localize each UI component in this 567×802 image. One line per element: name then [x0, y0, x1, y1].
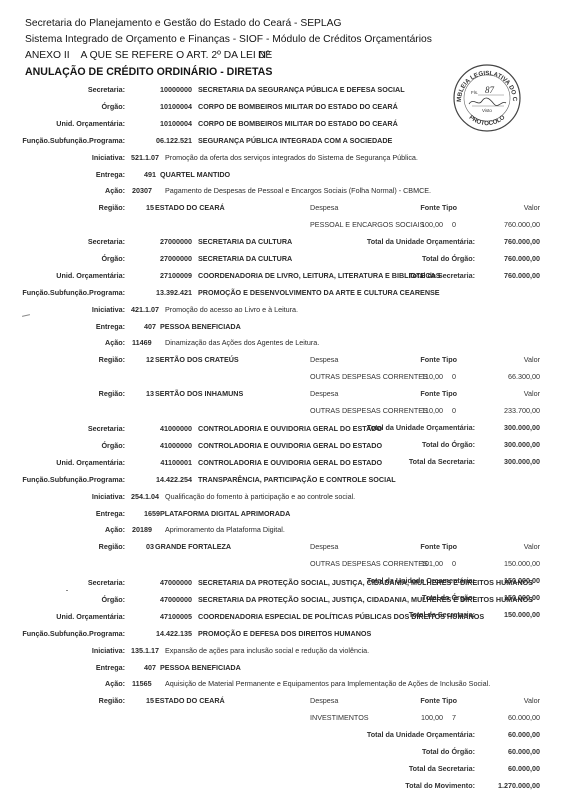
acao-label: Ação:: [105, 338, 125, 347]
iniciativa-row: Iniciativa:254.1.04Qualificação do fomen…: [0, 492, 567, 506]
total-orgao-value: 60.000,00: [508, 747, 540, 756]
despesa-header: Despesa: [310, 542, 338, 551]
orgao-row: Órgão:10100004CORPO DE BOMBEIROS MILITAR…: [0, 102, 567, 116]
orgao-code: 41000000: [160, 441, 192, 450]
secretaria-code: 47000000: [160, 578, 192, 587]
secretaria-name: SECRETARIA DA PROTEÇÃO SOCIAL, JUSTIÇA, …: [198, 578, 533, 587]
iniciativa-code: 421.1.07: [131, 305, 159, 314]
funcao-subfuncao-programa-name: TRANSPARÊNCIA, PARTICIPAÇÃO E CONTROLE S…: [198, 475, 396, 484]
iniciativa-label: Iniciativa:: [92, 646, 125, 655]
iniciativa-code: 254.1.04: [131, 492, 159, 501]
total-orgao-row: Total do Órgão:60.000,00: [0, 747, 567, 761]
total-movimento-row: Total do Movimento:1.270.000,00: [0, 781, 567, 795]
unidade-orcamentaria-row: Unid. Orçamentária:47100005COORDENADORIA…: [0, 612, 567, 626]
fonte-tipo-header: Fonte Tipo: [420, 389, 457, 398]
fonte-value: 110,00: [422, 406, 443, 415]
orgao-label: Órgão:: [101, 595, 125, 604]
regiao-label: Região:: [99, 355, 125, 364]
iniciativa-name: Qualificação do fomento à participação e…: [165, 492, 355, 501]
entrega-name: QUARTEL MANTIDO: [160, 170, 230, 179]
total-secretaria-value: 60.000,00: [508, 764, 540, 773]
entrega-code: 407: [144, 663, 156, 672]
despesa-row: OUTRAS DESPESAS CORRENTES110,00066.300,0…: [0, 372, 567, 386]
orgao-label: Órgão:: [101, 254, 125, 263]
entrega-row: Entrega:407PESSOA BENEFICIADA: [0, 322, 567, 336]
iniciativa-row: Iniciativa:135.1.17Expansão de ações par…: [0, 646, 567, 660]
regiao-label: Região:: [99, 696, 125, 705]
iniciativa-label: Iniciativa:: [92, 492, 125, 501]
secretaria-label: Secretaria:: [88, 85, 125, 94]
funcao-subfuncao-programa-name: SEGURANÇA PÚBLICA INTEGRADA COM A SOCIED…: [198, 136, 392, 145]
acao-code: 20307: [132, 186, 152, 195]
regiao-code: 12: [146, 355, 154, 364]
regiao-row: Região:13SERTÃO DOS INHAMUNSDespesaFonte…: [0, 389, 567, 403]
total-secretaria-row: Total da Secretaria:60.000,00: [0, 764, 567, 778]
unidade-orcamentaria-label: Unid. Orçamentária:: [56, 612, 125, 621]
regiao-code: 13: [146, 389, 154, 398]
iniciativa-name: Promoção da oferta dos serviços integrad…: [165, 153, 418, 162]
unidade-orcamentaria-name: CONTROLADORIA E OUVIDORIA GERAL DO ESTAD…: [198, 458, 382, 467]
entrega-label: Entrega:: [96, 170, 125, 179]
total-unidade-row: Total da Unidade Orçamentária:60.000,00: [0, 730, 567, 744]
unidade-orcamentaria-code: 41100001: [160, 458, 192, 467]
iniciativa-code: 135.1.17: [131, 646, 159, 655]
total-movimento-label: Total do Movimento:: [405, 781, 475, 790]
unidade-orcamentaria-name: CORPO DE BOMBEIROS MILITAR DO ESTADO DO …: [198, 119, 398, 128]
valor-header: Valor: [524, 696, 540, 705]
entrega-row: Entrega:491QUARTEL MANTIDO: [0, 170, 567, 184]
regiao-row: Região:12SERTÃO DOS CRATEÚSDespesaFonte …: [0, 355, 567, 369]
entrega-code: 491: [144, 170, 156, 179]
secretaria-row: Secretaria:27000000SECRETARIA DA CULTURA: [0, 237, 567, 251]
secretaria-label: Secretaria:: [88, 237, 125, 246]
funcao-subfuncao-programa-label: Função.Subfunção.Programa:: [22, 136, 125, 145]
acao-code: 11565: [132, 679, 152, 688]
fonte-tipo-header: Fonte Tipo: [420, 355, 457, 364]
acao-label: Ação:: [105, 525, 125, 534]
regiao-row: Região:03GRANDE FORTALEZADespesaFonte Ti…: [0, 542, 567, 556]
acao-code: 20189: [132, 525, 152, 534]
funcao-subfuncao-programa-code: 14.422.254: [156, 475, 192, 484]
orgao-row: Órgão:41000000CONTROLADORIA E OUVIDORIA …: [0, 441, 567, 455]
secretaria-row: Secretaria:41000000CONTROLADORIA E OUVID…: [0, 424, 567, 438]
tipo-value: 0: [452, 406, 456, 415]
fonte-value: 100,00: [421, 220, 443, 229]
entrega-code: 407: [144, 322, 156, 331]
tipo-value: 0: [452, 220, 456, 229]
regiao-name: SERTÃO DOS INHAMUNS: [155, 389, 243, 398]
iniciativa-code: 521.1.07: [131, 153, 159, 162]
total-secretaria-label: Total da Secretaria:: [409, 764, 475, 773]
regiao-row: Região:15ESTADO DO CEARÁDespesaFonte Tip…: [0, 696, 567, 710]
funcao-subfuncao-programa-row: Função.Subfunção.Programa:14.422.135PROM…: [0, 629, 567, 643]
funcao-subfuncao-programa-code: 14.422.135: [156, 629, 192, 638]
despesa-header: Despesa: [310, 696, 338, 705]
acao-code: 11469: [132, 338, 152, 347]
unidade-orcamentaria-code: 27100009: [160, 271, 192, 280]
valor-amount: 60.000,00: [508, 713, 540, 722]
funcao-subfuncao-programa-code: 13.392.421: [156, 288, 192, 297]
funcao-subfuncao-programa-row: Função.Subfunção.Programa:14.422.254TRAN…: [0, 475, 567, 489]
secretaria-code: 27000000: [160, 237, 192, 246]
despesa-name: PESSOAL E ENCARGOS SOCIAIS: [310, 220, 424, 229]
secretaria-row: Secretaria:10000000SECRETARIA DA SEGURAN…: [0, 85, 567, 99]
unidade-orcamentaria-label: Unid. Orçamentária:: [56, 119, 125, 128]
orgao-name: SECRETARIA DA PROTEÇÃO SOCIAL, JUSTIÇA, …: [198, 595, 533, 604]
regiao-code: 03: [146, 542, 154, 551]
iniciativa-label: Iniciativa:: [92, 305, 125, 314]
valor-amount: 233.700,00: [504, 406, 540, 415]
entrega-label: Entrega:: [96, 509, 125, 518]
entrega-name: PLATAFORMA DIGITAL APRIMORADA: [160, 509, 290, 518]
funcao-subfuncao-programa-label: Função.Subfunção.Programa:: [22, 475, 125, 484]
orgao-name: CONTROLADORIA E OUVIDORIA GERAL DO ESTAD…: [198, 441, 382, 450]
valor-amount: 760.000,00: [504, 220, 540, 229]
acao-name: Aprimoramento da Plataforma Digital.: [165, 525, 285, 534]
tipo-value: 7: [452, 713, 456, 722]
funcao-subfuncao-programa-label: Função.Subfunção.Programa:: [22, 629, 125, 638]
orgao-label: Órgão:: [101, 102, 125, 111]
valor-header: Valor: [524, 542, 540, 551]
acao-row: Ação:20307Pagamento de Despesas de Pesso…: [0, 186, 567, 200]
entrega-name: PESSOA BENEFICIADA: [160, 322, 241, 331]
fonte-tipo-header: Fonte Tipo: [420, 696, 457, 705]
entrega-label: Entrega:: [96, 663, 125, 672]
fonte-value: 100,00: [421, 713, 443, 722]
secretaria-label: Secretaria:: [88, 578, 125, 587]
valor-header: Valor: [524, 355, 540, 364]
acao-name: Dinamização das Ações dos Agentes de Lei…: [165, 338, 319, 347]
iniciativa-name: Promoção do acesso ao Livro e à Leitura.: [165, 305, 298, 314]
despesa-name: INVESTIMENTOS: [310, 713, 369, 722]
iniciativa-name: Expansão de ações para inclusão social e…: [165, 646, 369, 655]
unidade-orcamentaria-code: 10100004: [160, 119, 192, 128]
orgao-row: Órgão:47000000SECRETARIA DA PROTEÇÃO SOC…: [0, 595, 567, 609]
document-title: ANULAÇÃO DE CRÉDITO ORDINÁRIO - DIRETAS: [25, 66, 272, 78]
secretaria-code: 10000000: [160, 85, 192, 94]
regiao-code: 15: [146, 203, 154, 212]
unidade-orcamentaria-row: Unid. Orçamentária:41100001CONTROLADORIA…: [0, 458, 567, 472]
acao-row: Ação:20189Aprimoramento da Plataforma Di…: [0, 525, 567, 539]
despesa-row: OUTRAS DESPESAS CORRENTES110,000233.700,…: [0, 406, 567, 420]
unidade-orcamentaria-name: COORDENADORIA ESPECIAL DE POLÍTICAS PÚBL…: [198, 612, 484, 621]
orgao-label: Órgão:: [101, 441, 125, 450]
regiao-name: ESTADO DO CEARÁ: [155, 203, 225, 212]
regiao-label: Região:: [99, 203, 125, 212]
fonte-tipo-header: Fonte Tipo: [420, 542, 457, 551]
secretaria-label: Secretaria:: [88, 424, 125, 433]
orgao-code: 47000000: [160, 595, 192, 604]
orgao-name: SECRETARIA DA CULTURA: [198, 254, 292, 263]
funcao-subfuncao-programa-row: Função.Subfunção.Programa:06.122.521SEGU…: [0, 136, 567, 150]
header-line-seplag: Secretaria do Planejamento e Gestão do E…: [25, 18, 342, 29]
secretaria-name: SECRETARIA DA CULTURA: [198, 237, 292, 246]
fonte-value: 101,00: [421, 559, 443, 568]
acao-row: Ação:11469Dinamização das Ações dos Agen…: [0, 338, 567, 352]
despesa-row: INVESTIMENTOS100,00760.000,00: [0, 713, 567, 727]
secretaria-code: 41000000: [160, 424, 192, 433]
iniciativa-row: Iniciativa:521.1.07Promoção da oferta do…: [0, 153, 567, 167]
entrega-label: Entrega:: [96, 322, 125, 331]
regiao-name: SERTÃO DOS CRATEÚS: [155, 355, 239, 364]
orgao-name: CORPO DE BOMBEIROS MILITAR DO ESTADO DO …: [198, 102, 398, 111]
despesa-name: OUTRAS DESPESAS CORRENTES: [310, 559, 428, 568]
total-orgao-label: Total do Órgão:: [422, 747, 475, 756]
valor-header: Valor: [524, 389, 540, 398]
regiao-label: Região:: [99, 542, 125, 551]
funcao-subfuncao-programa-label: Função.Subfunção.Programa:: [22, 288, 125, 297]
funcao-subfuncao-programa-name: PROMOÇÃO E DEFESA DOS DIREITOS HUMANOS: [198, 629, 371, 638]
total-movimento-value: 1.270.000,00: [498, 781, 540, 790]
despesa-name: OUTRAS DESPESAS CORRENTES: [310, 406, 428, 415]
total-unidade-label: Total da Unidade Orçamentária:: [367, 730, 475, 739]
entrega-code: 1659: [144, 509, 160, 518]
unidade-orcamentaria-label: Unid. Orçamentária:: [56, 458, 125, 467]
header-line-anexo: ANEXO II A QUE SE REFERE O ART. 2º DA LE…: [25, 50, 270, 61]
iniciativa-row: Iniciativa:421.1.07Promoção do acesso ao…: [0, 305, 567, 319]
total-unidade-value: 60.000,00: [508, 730, 540, 739]
acao-name: Pagamento de Despesas de Pessoal e Encar…: [165, 186, 431, 195]
secretaria-name: SECRETARIA DA SEGURANÇA PÚBLICA E DEFESA…: [198, 85, 405, 94]
header-line-de: DE: [258, 50, 272, 61]
entrega-row: Entrega:1659PLATAFORMA DIGITAL APRIMORAD…: [0, 509, 567, 523]
valor-amount: 66.300,00: [508, 372, 540, 381]
regiao-row: Região:15ESTADO DO CEARÁDespesaFonte Tip…: [0, 203, 567, 217]
valor-header: Valor: [524, 203, 540, 212]
regiao-name: ESTADO DO CEARÁ: [155, 696, 225, 705]
funcao-subfuncao-programa-row: Função.Subfunção.Programa:13.392.421PROM…: [0, 288, 567, 302]
tipo-value: 0: [452, 372, 456, 381]
acao-row: Ação:11565Aquisição de Material Permanen…: [0, 679, 567, 693]
fonte-tipo-header: Fonte Tipo: [420, 203, 457, 212]
despesa-header: Despesa: [310, 203, 338, 212]
entrega-row: Entrega:407PESSOA BENEFICIADA: [0, 663, 567, 677]
iniciativa-label: Iniciativa:: [92, 153, 125, 162]
despesa-row: PESSOAL E ENCARGOS SOCIAIS100,000760.000…: [0, 220, 567, 234]
tipo-value: 0: [452, 559, 456, 568]
unidade-orcamentaria-row: Unid. Orçamentária:27100009COORDENADORIA…: [0, 271, 567, 285]
despesa-header: Despesa: [310, 389, 338, 398]
secretaria-row: Secretaria:47000000SECRETARIA DA PROTEÇÃ…: [0, 578, 567, 592]
entrega-name: PESSOA BENEFICIADA: [160, 663, 241, 672]
unidade-orcamentaria-label: Unid. Orçamentária:: [56, 271, 125, 280]
orgao-code: 10100004: [160, 102, 192, 111]
regiao-label: Região:: [99, 389, 125, 398]
regiao-code: 15: [146, 696, 154, 705]
secretaria-name: CONTROLADORIA E OUVIDORIA GERAL DO ESTAD…: [198, 424, 382, 433]
despesa-name: OUTRAS DESPESAS CORRENTES: [310, 372, 428, 381]
regiao-name: GRANDE FORTALEZA: [155, 542, 231, 551]
unidade-orcamentaria-row: Unid. Orçamentária:10100004CORPO DE BOMB…: [0, 119, 567, 133]
header-line-siof: Sistema Integrado de Orçamento e Finança…: [25, 34, 432, 45]
unidade-orcamentaria-code: 47100005: [160, 612, 192, 621]
valor-amount: 150.000,00: [504, 559, 540, 568]
funcao-subfuncao-programa-code: 06.122.521: [156, 136, 192, 145]
acao-name: Aquisição de Material Permanente e Equip…: [165, 679, 490, 688]
unidade-orcamentaria-name: COORDENADORIA DE LIVRO, LEITURA, LITERAT…: [198, 271, 441, 280]
orgao-code: 27000000: [160, 254, 192, 263]
orgao-row: Órgão:27000000SECRETARIA DA CULTURA: [0, 254, 567, 268]
despesa-header: Despesa: [310, 355, 338, 364]
acao-label: Ação:: [105, 186, 125, 195]
funcao-subfuncao-programa-name: PROMOÇÃO E DESENVOLVIMENTO DA ARTE E CUL…: [198, 288, 440, 297]
acao-label: Ação:: [105, 679, 125, 688]
fonte-value: 110,00: [422, 372, 443, 381]
despesa-row: OUTRAS DESPESAS CORRENTES101,000150.000,…: [0, 559, 567, 573]
